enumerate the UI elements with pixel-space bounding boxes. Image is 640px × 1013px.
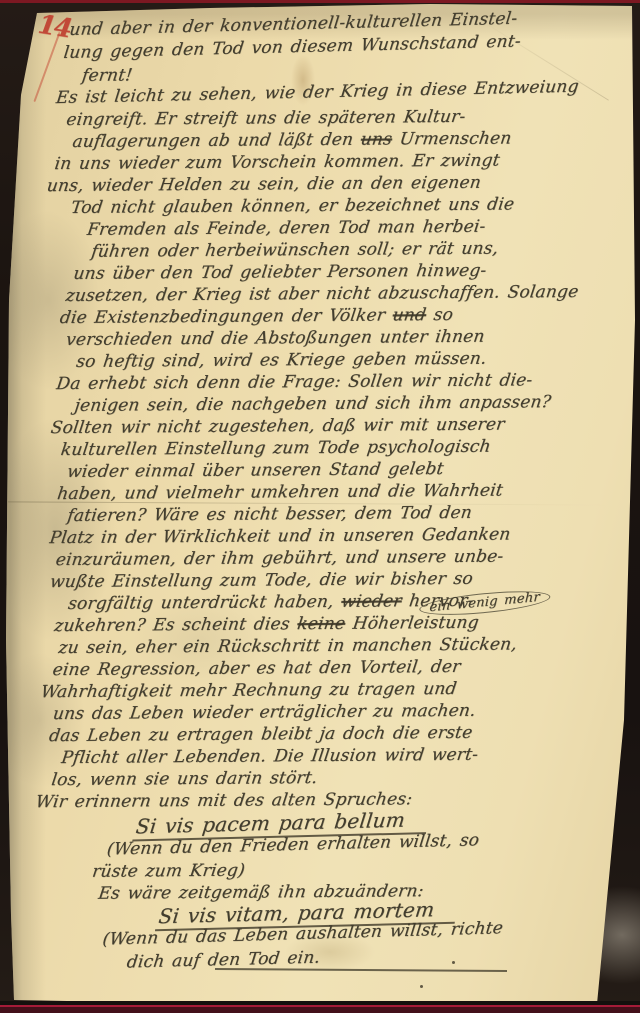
handwritten-text-block: und aber in der konventionell-kulturelle… bbox=[0, 0, 640, 1013]
manuscript-line: uns das Leben wieder erträglicher zu mac… bbox=[52, 701, 477, 724]
manuscript-line: haben, und vielmehr umkehren und die Wah… bbox=[56, 481, 504, 505]
manuscript-line: kulturellen Einstellung zum Tode psychol… bbox=[60, 437, 492, 460]
manuscript-line: einzuräumen, der ihm gebührt, und unsere… bbox=[54, 547, 504, 571]
manuscript-line: zusetzen, der Krieg ist aber nicht abzus… bbox=[64, 282, 579, 306]
manuscript-line: die Existenzbedingungen der Völker und s… bbox=[59, 305, 455, 328]
manuscript-line: in uns wieder zum Vorschein kommen. Er z… bbox=[53, 151, 501, 175]
manuscript-line: los, wenn sie uns darin stört. bbox=[50, 768, 319, 790]
manuscript-line: so heftig sind, wird es Kriege geben müs… bbox=[75, 349, 488, 372]
manuscript-line: zukehren? Es scheint dies keine Höherlei… bbox=[53, 613, 480, 636]
manuscript-line: rüste zum Krieg) bbox=[91, 861, 246, 882]
manuscript-line: wieder einmal über unseren Stand gelebt bbox=[66, 459, 445, 482]
manuscript-line: das Leben zu ertragen bleibt ja doch die… bbox=[48, 723, 474, 746]
manuscript-line: führen oder herbeiwünschen soll; er rät … bbox=[90, 239, 500, 262]
manuscript-line: zu sein, eher ein Rückschritt in manchen… bbox=[57, 634, 518, 658]
manuscript-line: uns, wieder Helden zu sein, die an den e… bbox=[46, 173, 483, 196]
manuscript-line: Tod nicht glauben können, er bezeichnet … bbox=[70, 194, 516, 218]
manuscript-line: Platz in der Wirklichkeit und in unseren… bbox=[48, 524, 511, 548]
manuscript-line: fatieren? Wäre es nicht besser, dem Tod … bbox=[66, 503, 473, 526]
manuscript-line: Wahrhaftigkeit mehr Rechnung zu tragen u… bbox=[40, 679, 458, 702]
manuscript-line: Da erhebt sich denn die Frage: Sollen wi… bbox=[55, 370, 534, 394]
manuscript-line: Sollten wir nicht zugestehen, daß wir mi… bbox=[49, 415, 505, 439]
manuscript-line: Pflicht aller Lebenden. Die Illusion wir… bbox=[60, 745, 479, 768]
manuscript-line: jenigen sein, die nachgeben und sich ihm… bbox=[73, 392, 552, 416]
manuscript-line: eingreift. Er streift uns die späteren K… bbox=[65, 107, 467, 130]
photo-edge-top bbox=[0, 0, 640, 3]
manuscript-line: Es ist leicht zu sehen, wie der Krieg in… bbox=[55, 77, 580, 108]
manuscript-page: 14 und aber in der konventionell-kulture… bbox=[0, 0, 640, 1013]
manuscript-photo: 14 und aber in der konventionell-kulture… bbox=[0, 0, 640, 1013]
photo-edge-bottom bbox=[0, 1001, 640, 1013]
manuscript-line: eine Regression, aber es hat den Vorteil… bbox=[51, 657, 462, 680]
manuscript-line: fernt! bbox=[81, 65, 134, 85]
manuscript-line: auflagerungen ab und läßt den uns Urmens… bbox=[71, 128, 513, 151]
manuscript-line: sorgfältig unterdrückt haben, wieder her… bbox=[67, 591, 475, 614]
ink-dot bbox=[452, 961, 455, 964]
manuscript-line: Fremden als Feinde, deren Tod man herbei… bbox=[86, 217, 487, 240]
ink-dot bbox=[420, 985, 423, 988]
manuscript-line: verschieden und die Abstoßungen unter ih… bbox=[65, 327, 486, 350]
manuscript-line: wußte Einstellung zum Tode, die wir bish… bbox=[49, 569, 475, 592]
manuscript-line: uns über den Tod geliebter Personen hinw… bbox=[72, 261, 487, 284]
